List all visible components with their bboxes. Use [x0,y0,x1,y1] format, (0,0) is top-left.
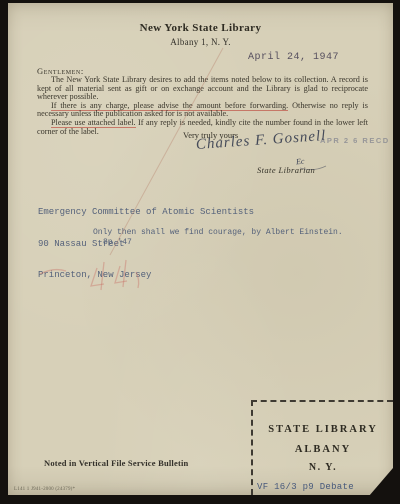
item-title-note: Only then shall we find courage, by Albe… [93,228,343,237]
recipient-line-street: 90 Nassau Street [38,239,254,250]
letterhead-org-name: New York State Library [8,22,393,34]
letter-date: April 24, 1947 [248,52,339,63]
label-ny: N. Y. [254,462,392,473]
received-date-stamp: APR 2 6 RECD [320,136,390,145]
recipient-line-city: Princeton, New Jersey [38,270,254,281]
letterhead-org-address: Albany 1, N. Y. [8,37,393,47]
label-call-number: VF 16/3 p9 Debate [257,482,354,492]
label-perforation-left [251,400,253,495]
letter-body: The New York State Library desires to ad… [37,76,368,136]
label-perforation-top [251,400,393,402]
scanned-letter-page: { "letter": { "org_name": "New York Stat… [0,0,400,504]
print-order-code: L141 1 J941-2000 (24379)* [14,487,75,492]
recipient-address-block: Emergency Committee of Atomic Scientists… [38,186,254,291]
letter-paragraph-1: The New York State Library desires to ad… [37,76,368,102]
letter-paragraph-2: If there is any charge, please advise th… [37,102,368,119]
vertical-file-note: Noted in Vertical File Service Bulletin [44,458,189,468]
label-albany: ALBANY [254,444,392,455]
signer-title: State Librarian [257,165,315,175]
item-pages-note: 8p '47 [103,238,132,247]
recipient-line-org: Emergency Committee of Atomic Scientists [38,207,254,218]
label-state-library: STATE LIBRARY [254,424,392,435]
